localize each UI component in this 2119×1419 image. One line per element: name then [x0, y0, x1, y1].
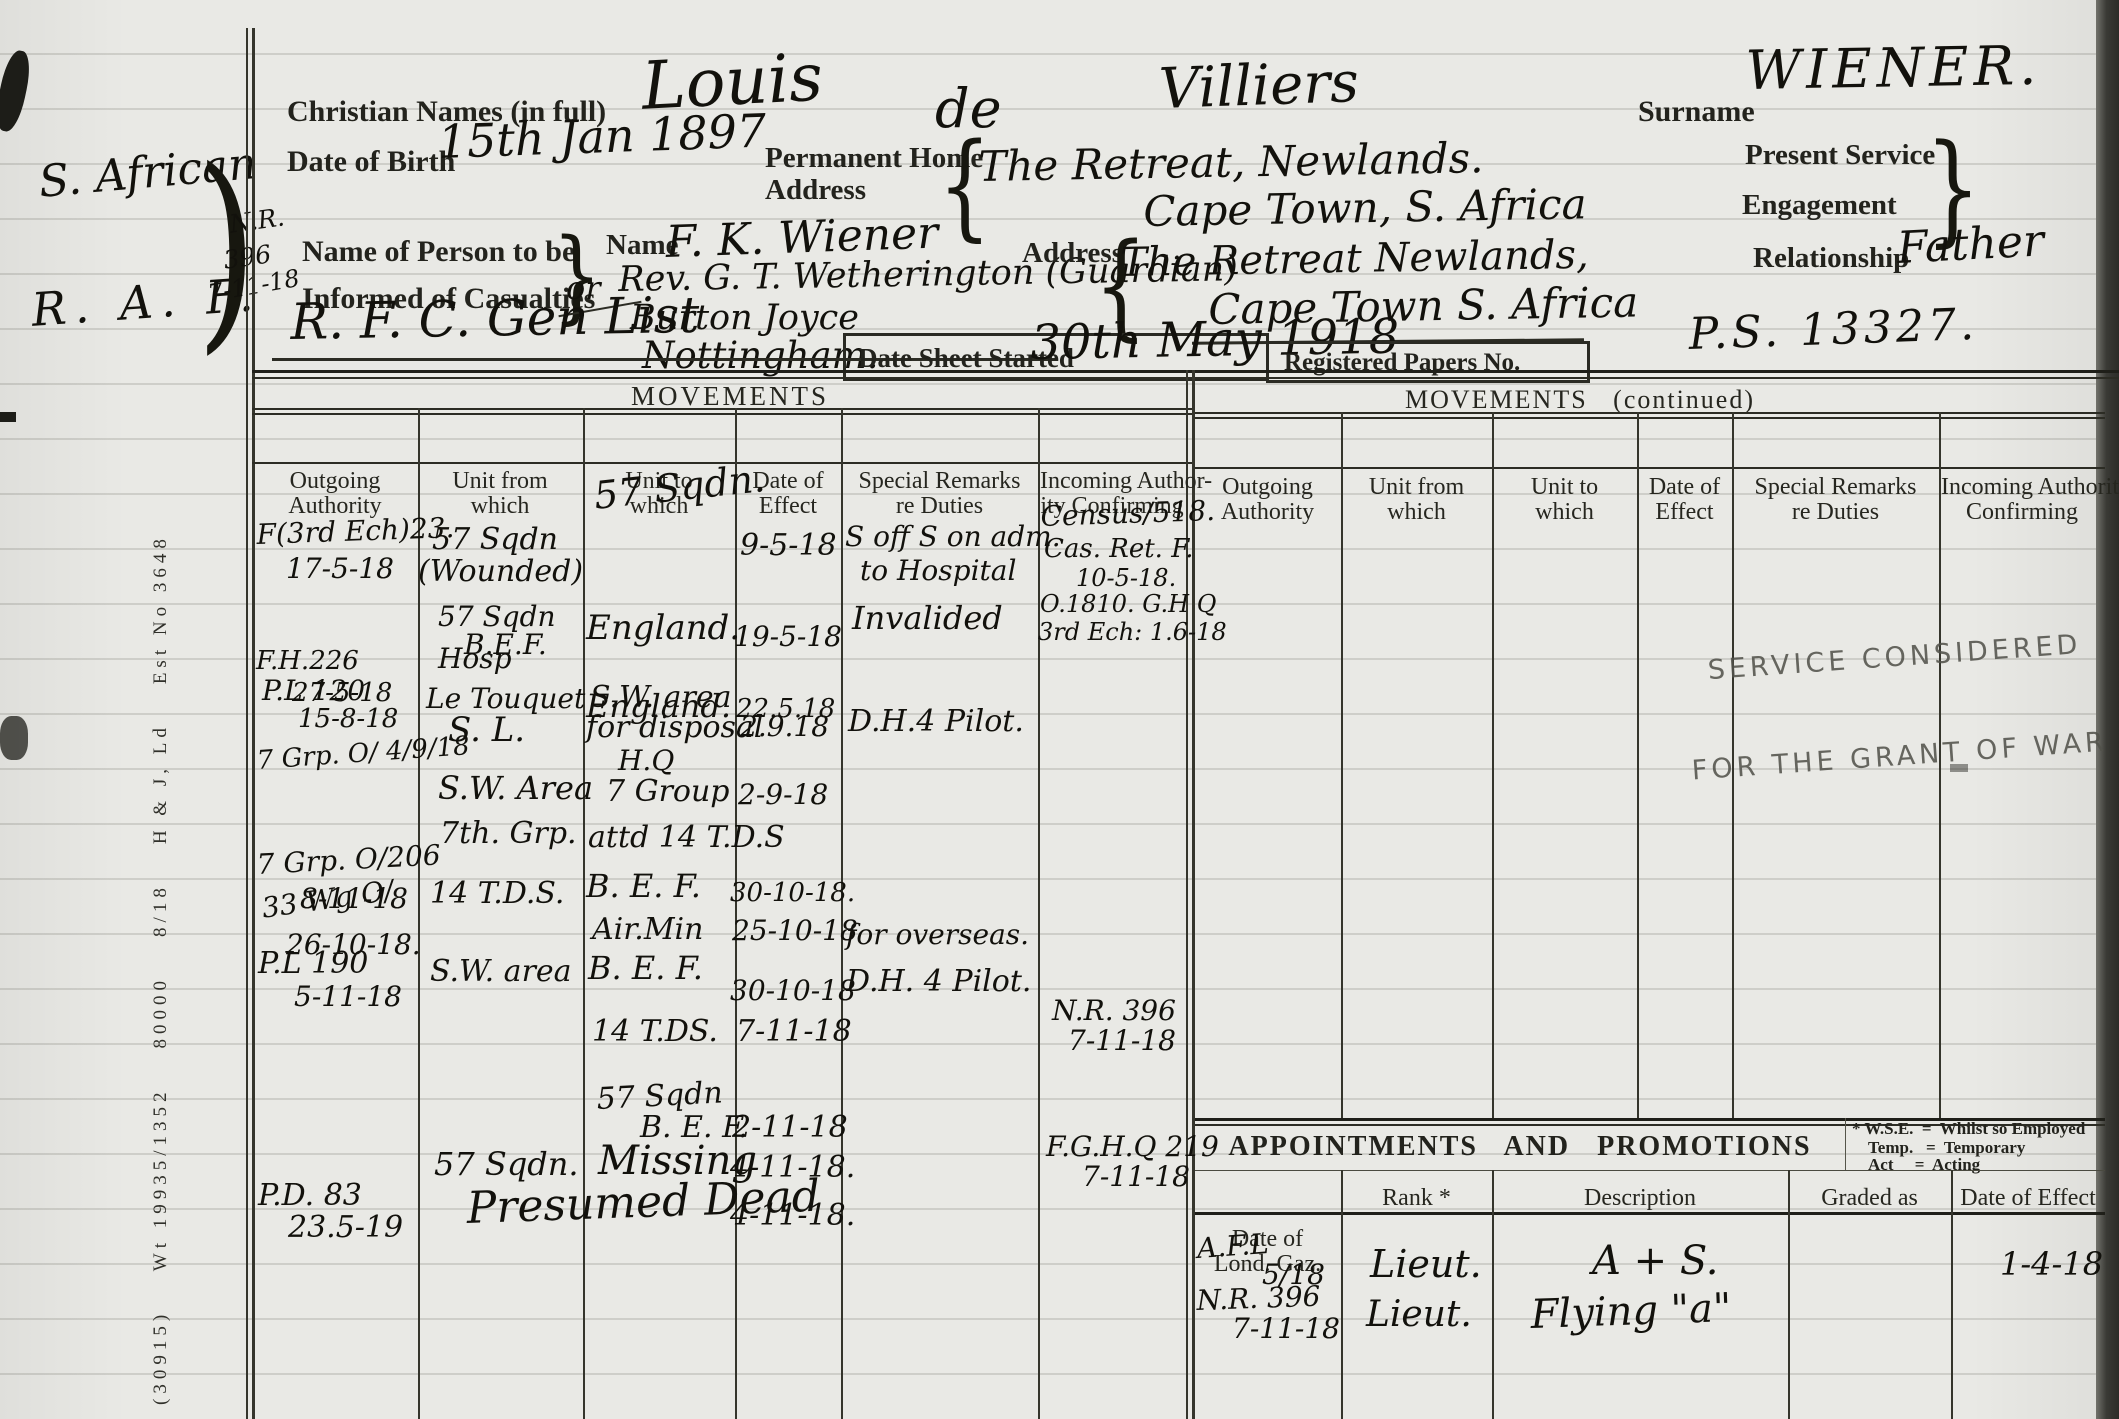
mv-remarks: S off S on adm.: [845, 522, 1061, 552]
mv-outgoing: 17-5-18: [286, 554, 394, 584]
dob-value: 15th Jan 1897: [437, 107, 767, 167]
mv-outgoing: 5-11-18: [294, 982, 402, 1012]
mv-remarks: D.H.4 Pilot.: [848, 706, 1024, 738]
mv-incoming: 7-11-18: [1082, 1162, 1190, 1192]
col-header-line: which: [1343, 500, 1490, 525]
mv-date: 19-5-18: [734, 622, 842, 652]
mv-unit-from: Hosp: [438, 644, 512, 674]
appt-gazette: N.R. 396: [1196, 1282, 1321, 1316]
mv-outgoing: P.L 190: [258, 948, 368, 980]
mv-remarks: to Hospital: [860, 556, 1016, 586]
col-header-line: Effect: [1639, 500, 1730, 525]
col-header-line: Incoming Authority: [1941, 475, 2103, 500]
table-column-line: [1788, 1170, 1790, 1419]
col-header-line: Incoming Author-: [1040, 469, 1184, 494]
form-edge-line: [246, 28, 248, 1419]
mv-outgoing: F(3rd Ech)23.: [256, 513, 455, 550]
unit-line-value: R. F. C. Gen List: [290, 289, 700, 349]
table-column-line: [1951, 1170, 1953, 1419]
printers-imprint: (30915) Wt 19935/1352 80000 8/18 H & J, …: [150, 555, 172, 1405]
ps-ref-value: P.S. 13327.: [1688, 302, 1979, 359]
table-top-rule: [1195, 412, 2105, 414]
col-header-date: Date ofEffect: [1639, 424, 1730, 577]
col-header-line: Authority: [1196, 500, 1339, 525]
mv-remarks: Invalided: [852, 602, 1003, 636]
table-column-line: [1341, 1170, 1343, 1419]
appointments-header-rule: [1195, 1212, 2105, 1215]
mv-unit-to: Air.Min: [592, 914, 703, 946]
col-header-line: re Duties: [1734, 500, 1937, 525]
mv-remarks: for overseas.: [846, 920, 1029, 950]
mv-date: 4-11-18.: [730, 1200, 855, 1232]
dob-label: Date of Birth: [287, 146, 455, 178]
margin-ref-line1: N.R.: [228, 204, 286, 238]
col-header-line: Special Remarks: [843, 469, 1036, 494]
mv-unit-to: attd 14 T.D.S: [588, 822, 785, 854]
mv-date: 30-10-18.: [730, 880, 855, 908]
mv-unit-to: 7 Group: [606, 776, 730, 808]
appointments-title: APPOINTMENTS AND PROMOTIONS: [1210, 1132, 1830, 1162]
appt-gazette: 7-11-18: [1232, 1314, 1340, 1344]
col-header-line: Date of: [1639, 475, 1730, 500]
mv-date: 30-10-18: [730, 976, 856, 1006]
col-header-line: Special Remarks: [1734, 475, 1937, 500]
record-sheet: S. African R. A. F. ) N.R. 396 7-11-18 (…: [0, 0, 2119, 1419]
stamp-line: FOR THE GRANT OF WAR MEDALS.: [1691, 726, 2112, 786]
mv-incoming: F.G.H.Q 219: [1046, 1132, 1219, 1162]
mv-incoming: 7-11-18: [1068, 1026, 1176, 1056]
mv-unit-to: for disposal: [586, 712, 763, 744]
col-header-line: Outgoing: [255, 469, 415, 494]
surname-value: WIENER.: [1745, 37, 2042, 99]
mv-date: 2.9.18: [740, 712, 829, 742]
col-header-unit-from: Unit fromwhich: [1343, 424, 1490, 577]
appt-col-header-graded: Graded as: [1790, 1186, 1949, 1211]
mv-outgoing: 7 Grp. O/206: [256, 840, 441, 879]
mv-unit-to: England.: [586, 610, 740, 646]
christian-names-value-3: Villiers: [1158, 53, 1360, 119]
col-header-line: Unit to: [1494, 475, 1635, 500]
present-service-label: Present Service: [1745, 140, 1935, 171]
stamp-line: SERVICE CONSIDERED: [1684, 628, 2105, 688]
col-header-line: Unit from: [1343, 475, 1490, 500]
mv-remarks: D.H. 4 Pilot.: [846, 966, 1031, 998]
mv-date: 7-11-18: [736, 1016, 852, 1048]
appt-col-header-description: Description: [1494, 1186, 1786, 1211]
mv-incoming: 10-5-18.: [1076, 566, 1176, 591]
mv-unit-from: 57 Sqdn: [432, 524, 558, 556]
mv-unit-to: 14 T.DS.: [592, 1016, 718, 1048]
col-header-outgoing: OutgoingAuthority: [1196, 424, 1339, 577]
mv-unit-from: 14 T.D.S.: [430, 878, 564, 910]
mv-unit-from: (Wounded): [418, 556, 583, 588]
appointments-title-rule: [1195, 1170, 2105, 1171]
col-header-remarks: Special Remarksre Duties: [1734, 424, 1937, 577]
surname-label: Surname: [1638, 96, 1755, 128]
legend-divider-line: [1845, 1118, 1846, 1170]
appt-col-header-date: Date of Effect: [1953, 1186, 2103, 1211]
legend-wse: * W.S.E. = Whilst so Employed: [1852, 1120, 2085, 1138]
permanent-home-label-2: Address: [765, 175, 866, 206]
mv-incoming: Cas. Ret. F.: [1044, 536, 1193, 564]
table-column-line: [1492, 1170, 1494, 1419]
mv-date: 25-10-18: [732, 916, 858, 946]
mv-date: 2-9-18: [738, 780, 828, 810]
appt-gazette: A.F.L: [1196, 1229, 1270, 1264]
col-header-line: Unit from: [420, 469, 580, 494]
mv-unit-from: S.W. Area: [438, 772, 593, 806]
mv-incoming: Census/518.: [1040, 496, 1216, 532]
appt-rank: Lieut.: [1366, 1296, 1472, 1334]
legend-act: Act = Acting: [1868, 1156, 1980, 1174]
nok-label-1: Name of Person to be: [302, 236, 575, 268]
scan-dash-artifact: [0, 412, 16, 422]
mv-outgoing: 15-8-18: [298, 706, 398, 734]
movements-title: MOVEMENTS: [450, 382, 1010, 411]
war-medals-stamp: SERVICE CONSIDERED FOR THE GRANT OF WAR …: [1680, 566, 2117, 849]
mv-unit-to: H.Q: [618, 746, 674, 776]
nok-address-value-1: The Retreat Newlands,: [1120, 234, 1589, 285]
col-header-line: Outgoing: [1196, 475, 1339, 500]
mv-outgoing: P.L 120: [262, 676, 365, 706]
relationship-label: Relationship: [1753, 243, 1909, 274]
appt-col-header-rank: Rank *: [1343, 1186, 1490, 1211]
relationship-value: Father: [1896, 218, 2045, 272]
mv-date: 9-5-18: [740, 530, 837, 562]
form-edge-line: [252, 28, 255, 1419]
col-header-line: re Duties: [843, 494, 1036, 519]
movements-continued-title: MOVEMENTS (continued): [1300, 386, 1860, 414]
mv-incoming: O.1810. G.H Q: [1040, 592, 1216, 617]
mv-unit-from: S.W. area: [430, 956, 572, 988]
appt-description: Flying "a": [1530, 1287, 1732, 1336]
table-top-rule: [1195, 417, 2105, 419]
mv-unit-to: B. E. F.: [588, 952, 703, 986]
mv-incoming: 3rd Ech: 1.6-18: [1038, 620, 1227, 645]
col-header-line: which: [1494, 500, 1635, 525]
scan-blob-artifact: [0, 48, 34, 134]
mv-outgoing: F.H.226: [256, 648, 359, 676]
permanent-home-value-2: Cape Town, S. Africa: [1143, 182, 1587, 234]
mv-unit-to: B. E. F.: [586, 870, 701, 904]
table-top-rule: [252, 408, 1192, 410]
mv-outgoing: P.D. 83: [258, 1180, 362, 1212]
mv-outgoing: 33 Wg O/: [260, 876, 395, 924]
mv-unit-from: 57 Sqdn.: [434, 1148, 579, 1182]
mv-outgoing: 23.5-19: [288, 1212, 403, 1244]
col-header-incoming: Incoming AuthorityConfirming: [1941, 424, 2103, 577]
appt-rank: Lieut.: [1370, 1244, 1482, 1284]
col-header-line: Confirming: [1941, 500, 2103, 525]
mv-unit-from: 7th. Grp.: [440, 818, 577, 850]
table-top-rule: [252, 413, 1192, 415]
col-header-unit-to: Unit towhich: [1494, 424, 1635, 577]
mv-incoming: N.R. 396: [1052, 996, 1176, 1026]
scan-smudge-artifact: [0, 716, 28, 760]
engagement-label: Engagement: [1742, 190, 1897, 221]
appt-description: A + S.: [1592, 1240, 1719, 1282]
appt-date-of-effect: 1-4-18: [2000, 1248, 2103, 1282]
